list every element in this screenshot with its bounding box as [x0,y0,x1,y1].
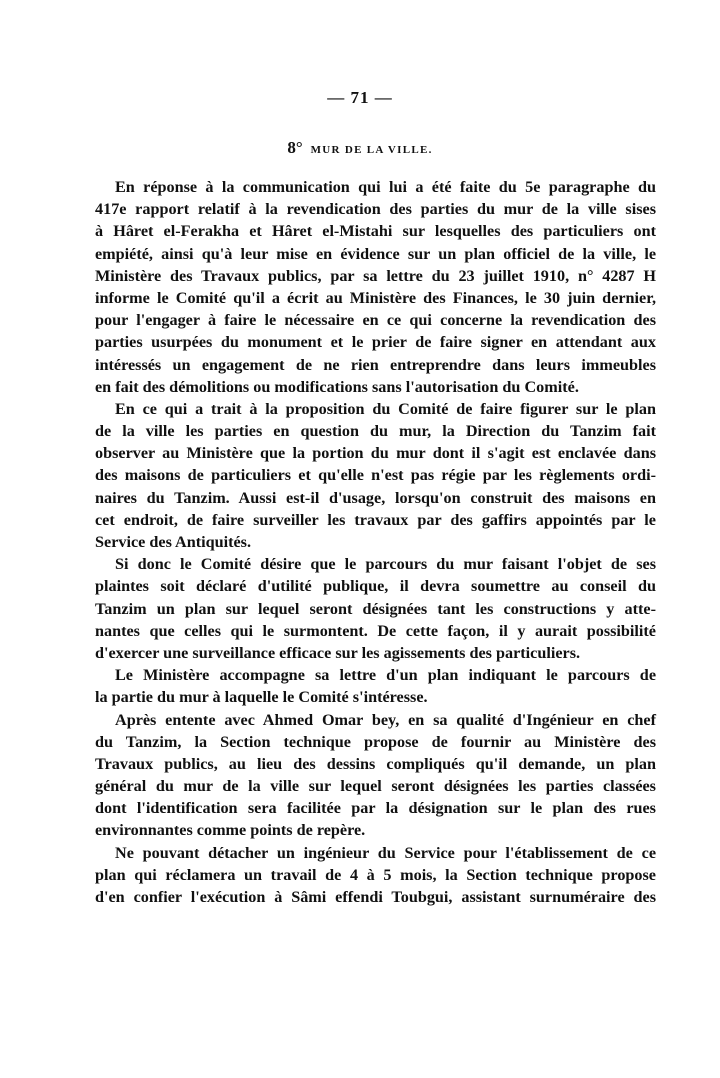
text-line: d'en confier l'exécution à Sâmi effendi … [95,886,656,908]
text-line: cet endroit, de faire surveiller les tra… [95,509,656,531]
text-line: Travaux publics, au lieu des dessins com… [95,753,656,775]
text-line: de la ville les parties en question du m… [95,420,656,442]
page-number: — 71 — [0,88,720,108]
text-line: En réponse à la communication qui lui a … [95,176,656,198]
text-line: empiété, ainsi qu'à leur mise en évidenc… [95,243,656,265]
section-title: MUR DE LA VILLE. [311,144,433,156]
text-line: naires du Tanzim. Aussi est-il d'usage, … [95,487,656,509]
text-line: en fait des démolitions ou modifications… [95,376,656,398]
section-number: 8° [287,138,302,157]
text-line: Si donc le Comité désire que le parcours… [95,553,656,575]
text-line: informe le Comité qu'il a écrit au Minis… [95,287,656,309]
text-line: Service des Antiquités. [95,531,656,553]
text-line: dont l'identification sera facilitée par… [95,797,656,819]
text-line: Après entente avec Ahmed Omar bey, en sa… [95,709,656,731]
text-line: observer au Ministère que la portion du … [95,442,656,464]
text-line: 417e rapport relatif à la revendication … [95,198,656,220]
text-line: nantes que celles qui le surmontent. De … [95,620,656,642]
text-line: plaintes soit déclaré d'utilité publique… [95,575,656,597]
body-text: En réponse à la communication qui lui a … [95,176,656,908]
text-line: Ministère des Travaux publics, par sa le… [95,265,656,287]
text-line: plan qui réclamera un travail de 4 à 5 m… [95,864,656,886]
document-page: — 71 — 8°MUR DE LA VILLE. En réponse à l… [0,0,720,1078]
text-line: des maisons de particuliers et qu'elle n… [95,464,656,486]
text-line: la partie du mur à laquelle le Comité s'… [95,686,656,708]
text-line: intéressés un engagement de ne rien entr… [95,354,656,376]
text-line: environnantes comme points de repère. [95,819,656,841]
text-line: Le Ministère accompagne sa lettre d'un p… [95,664,656,686]
text-line: à Hâret el-Ferakha et Hâret el-Mistahi s… [95,220,656,242]
text-line: pour l'engager à faire le nécessaire en … [95,309,656,331]
text-line: parties usurpées du monument et le prier… [95,331,656,353]
text-line: En ce qui a trait à la proposition du Co… [95,398,656,420]
section-heading: 8°MUR DE LA VILLE. [0,138,720,158]
text-line: Tanzim un plan sur lequel seront désigné… [95,598,656,620]
text-line: du Tanzim, la Section technique propose … [95,731,656,753]
text-line: général du mur de la ville sur lequel se… [95,775,656,797]
text-line: Ne pouvant détacher un ingénieur du Serv… [95,842,656,864]
text-line: d'exercer une surveillance efficace sur … [95,642,656,664]
